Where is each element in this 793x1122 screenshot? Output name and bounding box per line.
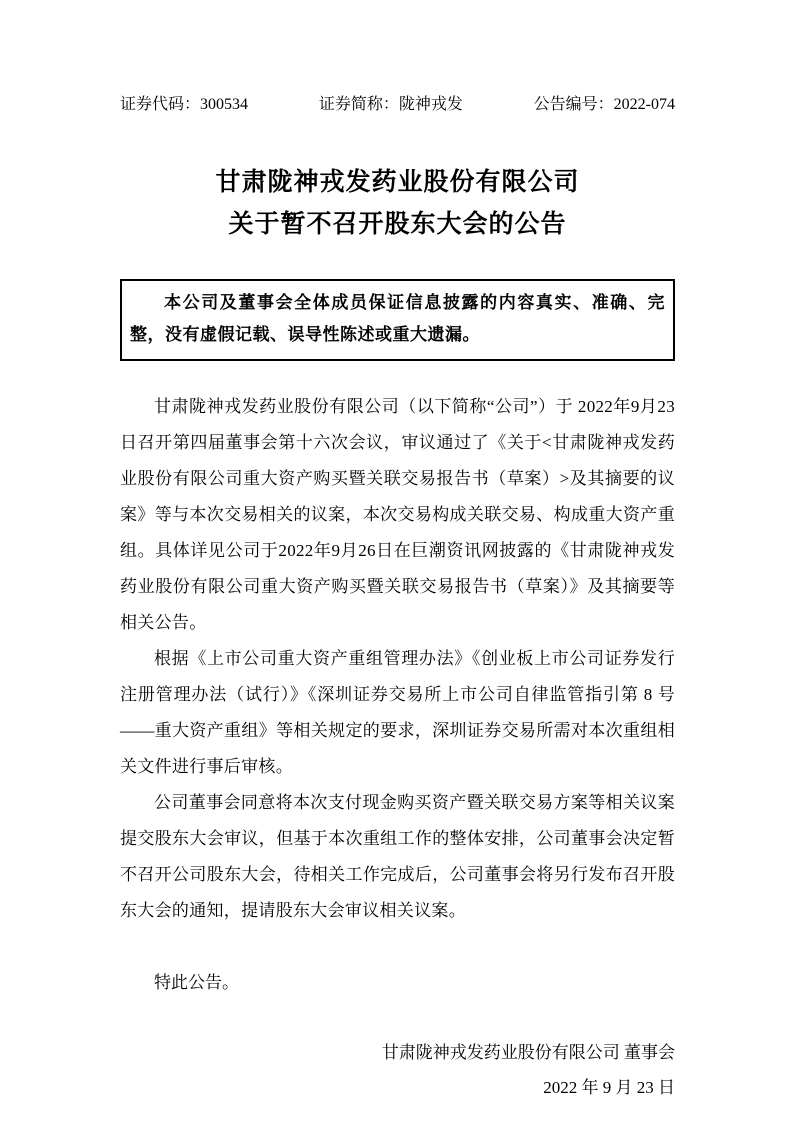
title-line-subject: 关于暂不召开股东大会的公告 [120,204,675,246]
body-paragraph-2: 根据《上市公司重大资产重组管理办法》《创业板上市公司证券发行注册管理办法（试行）… [120,641,675,785]
document-title: 甘肃陇神戎发药业股份有限公司 关于暂不召开股东大会的公告 [120,162,675,246]
closing-statement: 特此公告。 [120,965,675,1001]
disclosure-notice-text: 本公司及董事会全体成员保证信息披露的内容真实、准确、完整，没有虚假记载、误导性陈… [130,293,665,344]
signature-line: 甘肃陇神戎发药业股份有限公司 董事会 [120,1035,675,1071]
announcement-number: 公告编号：2022-074 [534,94,675,116]
body-paragraph-1: 甘肃陇神戎发药业股份有限公司（以下简称“公司”）于 2022年9月23日召开第四… [120,389,675,641]
body-paragraph-3: 公司董事会同意将本次支付现金购买资产暨关联交易方案等相关议案提交股东大会审议，但… [120,785,675,929]
stock-name: 证券简称：陇神戎发 [319,94,463,116]
document-header: 证券代码：300534 证券简称：陇神戎发 公告编号：2022-074 [120,94,675,116]
document-body: 甘肃陇神戎发药业股份有限公司（以下简称“公司”）于 2022年9月23日召开第四… [120,389,675,929]
title-line-company: 甘肃陇神戎发药业股份有限公司 [120,162,675,204]
signature-date: 2022 年 9 月 23 日 [120,1073,675,1103]
disclosure-notice-box: 本公司及董事会全体成员保证信息披露的内容真实、准确、完整，没有虚假记载、误导性陈… [120,279,675,361]
announcement-page: 证券代码：300534 证券简称：陇神戎发 公告编号：2022-074 甘肃陇神… [0,0,793,1122]
stock-code: 证券代码：300534 [120,94,248,116]
